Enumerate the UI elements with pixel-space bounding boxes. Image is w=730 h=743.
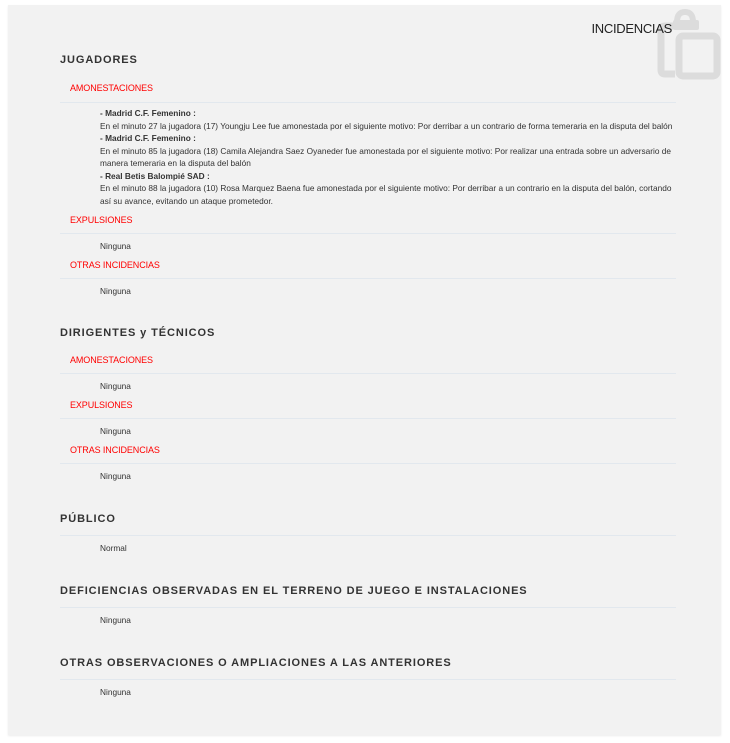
incidencias-panel: INCIDENCIAS JUGADORES AMONESTACIONES - M… [8, 5, 721, 735]
divider [60, 535, 676, 536]
otras-observaciones-value: Ninguna [60, 686, 676, 698]
amonestacion-entry: - Madrid C.F. Femenino : En el minuto 85… [100, 132, 676, 170]
expulsiones-value: Ninguna [60, 425, 676, 437]
divider [60, 679, 676, 680]
subsection-amonestaciones: AMONESTACIONES [60, 79, 676, 97]
entry-team: - Madrid C.F. Femenino : [100, 132, 676, 145]
deficiencias-value: Ninguna [60, 614, 676, 626]
publico-value: Normal [60, 542, 676, 554]
section-title-otras-observaciones: OTRAS OBSERVACIONES O AMPLIACIONES A LAS… [60, 654, 676, 672]
entry-text: En el minuto 85 la jugadora (18) Camila … [100, 145, 676, 170]
divider [60, 373, 676, 374]
section-publico: PÚBLICO Normal [60, 510, 676, 554]
subsection-otras-incidencias: OTRAS INCIDENCIAS [60, 441, 676, 459]
section-jugadores: JUGADORES AMONESTACIONES - Madrid C.F. F… [60, 51, 676, 297]
divider [60, 607, 676, 608]
section-title-deficiencias: DEFICIENCIAS OBSERVADAS EN EL TERRENO DE… [60, 582, 676, 600]
section-title-dirigentes: DIRIGENTES y TÉCNICOS [60, 324, 676, 342]
divider [60, 102, 676, 103]
panel-title: INCIDENCIAS [592, 21, 673, 36]
otras-incidencias-value: Ninguna [60, 285, 676, 297]
subsection-expulsiones: EXPULSIONES [60, 396, 676, 414]
divider [60, 233, 676, 234]
section-otras-observaciones: OTRAS OBSERVACIONES O AMPLIACIONES A LAS… [60, 654, 676, 698]
otras-incidencias-value: Ninguna [60, 470, 676, 482]
amonestacion-entry: - Real Betis Balompié SAD : En el minuto… [100, 170, 676, 208]
incidencias-content: JUGADORES AMONESTACIONES - Madrid C.F. F… [60, 51, 676, 698]
divider [60, 278, 676, 279]
entry-text: En el minuto 88 la jugadora (10) Rosa Ma… [100, 182, 676, 207]
entry-text: En el minuto 27 la jugadora (17) Youngju… [100, 120, 676, 133]
divider [60, 418, 676, 419]
expulsiones-value: Ninguna [60, 240, 676, 252]
amonestaciones-list: - Madrid C.F. Femenino : En el minuto 27… [60, 107, 676, 207]
section-deficiencias: DEFICIENCIAS OBSERVADAS EN EL TERRENO DE… [60, 582, 676, 626]
subsection-expulsiones: EXPULSIONES [60, 211, 676, 229]
amonestaciones-value: Ninguna [60, 380, 676, 392]
section-title-jugadores: JUGADORES [60, 51, 676, 69]
divider [60, 463, 676, 464]
entry-team: - Real Betis Balompié SAD : [100, 170, 676, 183]
section-dirigentes: DIRIGENTES y TÉCNICOS AMONESTACIONES Nin… [60, 324, 676, 482]
amonestacion-entry: - Madrid C.F. Femenino : En el minuto 27… [100, 107, 676, 132]
subsection-amonestaciones: AMONESTACIONES [60, 351, 676, 369]
entry-team: - Madrid C.F. Femenino : [100, 107, 676, 120]
subsection-otras-incidencias: OTRAS INCIDENCIAS [60, 256, 676, 274]
clipboard-icon [657, 8, 721, 80]
section-title-publico: PÚBLICO [60, 510, 676, 528]
